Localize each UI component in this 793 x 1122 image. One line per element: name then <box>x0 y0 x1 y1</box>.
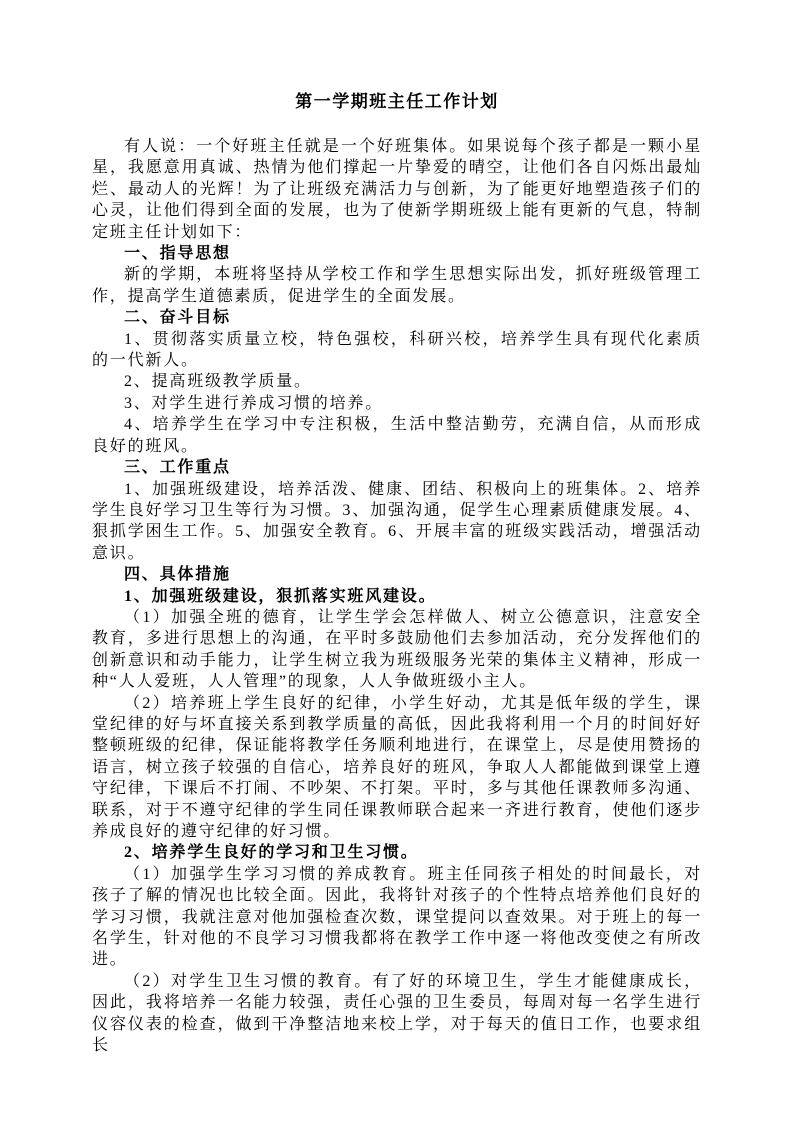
body-paragraph: 有人说：一个好班主任就是一个好班集体。如果说每个孩子都是一颗小星星，我愿意用真诚… <box>92 136 702 243</box>
document-body: 有人说：一个好班主任就是一个好班集体。如果说每个孩子都是一颗小星星，我愿意用真诚… <box>92 136 702 1056</box>
body-paragraph: （1）加强全班的德育，让学生学会怎样做人、树立公德意识，注意安全教育，多进行思想… <box>92 607 702 693</box>
body-paragraph: 3、对学生进行养成习惯的培养。 <box>92 393 702 414</box>
document-title: 第一学期班主任工作计划 <box>92 90 702 114</box>
section-heading: 一、指导思想 <box>92 243 702 264</box>
body-paragraph: 新的学期，本班将坚持从学校工作和学生思想实际出发，抓好班级管理工作，提高学生道德… <box>92 264 702 307</box>
body-paragraph: 1、加强班级建设，培养活泼、健康、团结、积极向上的班集体。2、培养学生良好学习卫… <box>92 479 702 565</box>
body-paragraph: 1、贯彻落实质量立校，特色强校，科研兴校，培养学生具有现代化素质的一代新人。 <box>92 329 702 372</box>
body-paragraph: 2、提高班级教学质量。 <box>92 371 702 392</box>
body-paragraph: （2）培养班上学生良好的纪律，小学生好动，尤其是低年级的学生，课堂纪律的好与坏直… <box>92 693 702 843</box>
section-heading: 四、具体措施 <box>92 564 702 585</box>
section-heading: 二、奋斗目标 <box>92 307 702 328</box>
body-paragraph: （1）加强学生学习习惯的养成教育。班主任同孩子相处的时间最长，对孩子了解的情况也… <box>92 864 702 971</box>
section-heading: 2、培养学生良好的学习和卫生习惯。 <box>92 842 702 863</box>
body-paragraph: 4、培养学生在学习中专注积极，生活中整洁勤劳，充满自信，从而形成良好的班风。 <box>92 414 702 457</box>
section-heading: 三、工作重点 <box>92 457 702 478</box>
document-page: 第一学期班主任工作计划 有人说：一个好班主任就是一个好班集体。如果说每个孩子都是… <box>0 0 793 1122</box>
section-heading: 1、加强班级建设，狠抓落实班风建设。 <box>92 586 702 607</box>
body-paragraph: （2）对学生卫生习惯的教育。有了好的环境卫生，学生才能健康成长，因此，我将培养一… <box>92 971 702 1057</box>
